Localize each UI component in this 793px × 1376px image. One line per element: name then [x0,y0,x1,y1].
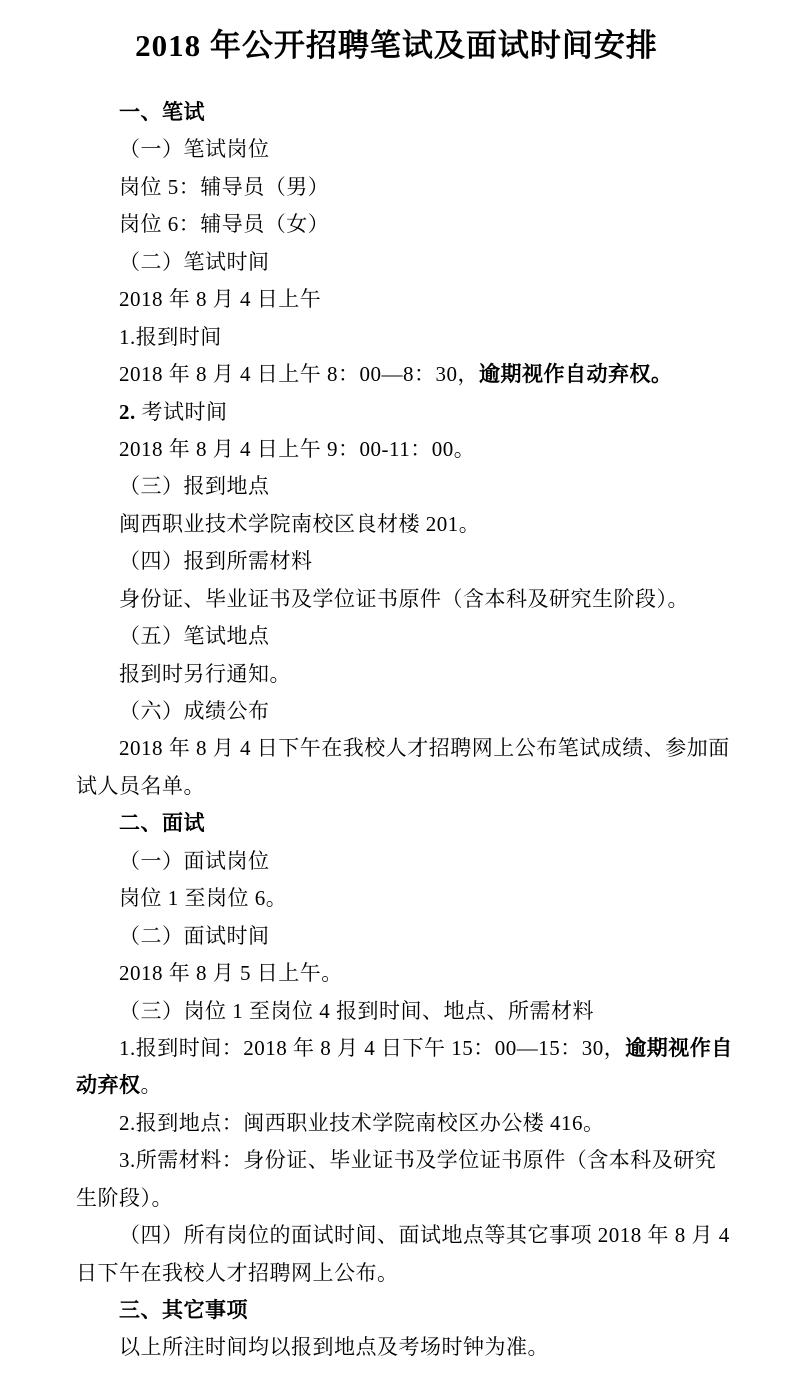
document-line: 报到时另行通知。 [76,656,724,693]
document-line: （三）报到地点 [76,468,724,505]
text-segment: 岗位 6：辅导员（女） [119,212,329,236]
document-line: （一）面试岗位 [76,843,724,880]
document-title: 2018 年公开招聘笔试及面试时间安排 [0,20,793,65]
document-line: 试人员名单。 [76,768,724,805]
text-segment: 闽西职业技术学院南校区良材楼 201。 [119,512,480,536]
text-segment: 二、面试 [119,812,205,835]
document-line: 身份证、毕业证书及学位证书原件（含本科及研究生阶段）。 [76,581,724,618]
text-segment: 。 [141,1073,163,1097]
text-segment: （三）报到地点 [119,474,270,498]
text-segment: （四）报到所需材料 [119,549,313,573]
document-line: （六）成绩公布 [76,693,724,730]
document-line: 3.所需材料：身份证、毕业证书及学位证书原件（含本科及研究 [76,1142,724,1179]
text-segment: 报到时另行通知。 [119,662,291,686]
section-heading: 二、面试 [76,805,724,842]
text-segment: 日下午在我校人才招聘网上公布。 [76,1261,399,1285]
text-segment: 身份证、毕业证书及学位证书原件（含本科及研究生阶段）。 [119,587,689,611]
text-segment: （三）岗位 1 至岗位 4 报到时间、地点、所需材料 [119,999,594,1023]
text-segment: 三、其它事项 [119,1299,248,1322]
text-segment: 试人员名单。 [76,774,205,798]
text-segment: 2. [119,400,136,424]
text-segment: 2018 年 8 月 5 日上午。 [119,961,343,985]
text-segment: 2018 年 8 月 4 日上午 [119,287,321,311]
document-page: 2018 年公开招聘笔试及面试时间安排 一、笔试（一）笔试岗位岗位 5：辅导员（… [0,0,793,1376]
document-line: 岗位 5：辅导员（男） [76,169,724,206]
text-segment: （一）笔试岗位 [119,137,270,161]
text-segment: 2.报到地点：闽西职业技术学院南校区办公楼 416。 [119,1111,605,1135]
document-line: 岗位 1 至岗位 6。 [76,880,724,917]
document-line: 2018 年 8 月 4 日下午在我校人才招聘网上公布笔试成绩、参加面 [76,730,724,767]
document-line: 2018 年 8 月 4 日上午 [76,281,724,318]
document-line: 生阶段）。 [76,1180,724,1217]
text-segment: 一、笔试 [119,101,205,124]
text-segment: 生阶段）。 [76,1186,173,1210]
text-segment: 2018 年 8 月 4 日上午 9：00-11：00。 [119,437,475,461]
text-segment: （一）面试岗位 [119,849,270,873]
text-segment: （六）成绩公布 [119,699,270,723]
text-segment: 逾期视作自 [625,1036,733,1060]
document-line: 动弃权。 [76,1067,724,1104]
text-segment: （五）笔试地点 [119,624,270,648]
document-line: （一）笔试岗位 [76,131,724,168]
document-line: 2018 年 8 月 5 日上午。 [76,955,724,992]
document-line: 2018 年 8 月 4 日上午 9：00-11：00。 [76,431,724,468]
text-segment: （四）所有岗位的面试时间、面试地点等其它事项 2018 年 8 月 4 [119,1223,730,1247]
document-line: （三）岗位 1 至岗位 4 报到时间、地点、所需材料 [76,993,724,1030]
document-line: （四）所有岗位的面试时间、面试地点等其它事项 2018 年 8 月 4 [76,1217,724,1254]
document-line: （五）笔试地点 [76,618,724,655]
text-segment: 1.报到时间 [119,325,222,349]
document-line: 1.报到时间 [76,319,724,356]
document-line: 2.报到地点：闽西职业技术学院南校区办公楼 416。 [76,1105,724,1142]
text-segment: 2018 年 8 月 4 日上午 8：00—8：30， [119,362,479,386]
section-heading: 三、其它事项 [76,1292,724,1329]
text-segment: 考试时间 [136,400,228,424]
document-line: 日下午在我校人才招聘网上公布。 [76,1255,724,1292]
document-line: 2018 年 8 月 4 日上午 8：00—8：30，逾期视作自动弃权。 [76,356,724,393]
document-body: 一、笔试（一）笔试岗位岗位 5：辅导员（男）岗位 6：辅导员（女）（二）笔试时间… [76,94,724,1367]
document-line: （二）面试时间 [76,918,724,955]
text-segment: 2018 年 8 月 4 日下午在我校人才招聘网上公布笔试成绩、参加面 [119,736,730,760]
document-line: 2. 考试时间 [76,394,724,431]
text-segment: 以上所注时间均以报到地点及考场时钟为准。 [119,1335,549,1359]
document-line: 岗位 6：辅导员（女） [76,206,724,243]
text-segment: 1.报到时间：2018 年 8 月 4 日下午 15：00—15：30， [119,1036,625,1060]
text-segment: 动弃权 [76,1073,141,1097]
document-line: （四）报到所需材料 [76,543,724,580]
document-line: 以上所注时间均以报到地点及考场时钟为准。 [76,1329,724,1366]
document-line: （二）笔试时间 [76,244,724,281]
text-segment: 岗位 1 至岗位 6。 [119,886,287,910]
document-line: 闽西职业技术学院南校区良材楼 201。 [76,506,724,543]
text-segment: 岗位 5：辅导员（男） [119,175,329,199]
section-heading: 一、笔试 [76,94,724,131]
text-segment: 逾期视作自动弃权。 [479,362,673,386]
text-segment: （二）笔试时间 [119,250,270,274]
text-segment: 3.所需材料：身份证、毕业证书及学位证书原件（含本科及研究 [119,1148,716,1172]
document-line: 1.报到时间：2018 年 8 月 4 日下午 15：00—15：30，逾期视作… [76,1030,724,1067]
text-segment: （二）面试时间 [119,924,270,948]
